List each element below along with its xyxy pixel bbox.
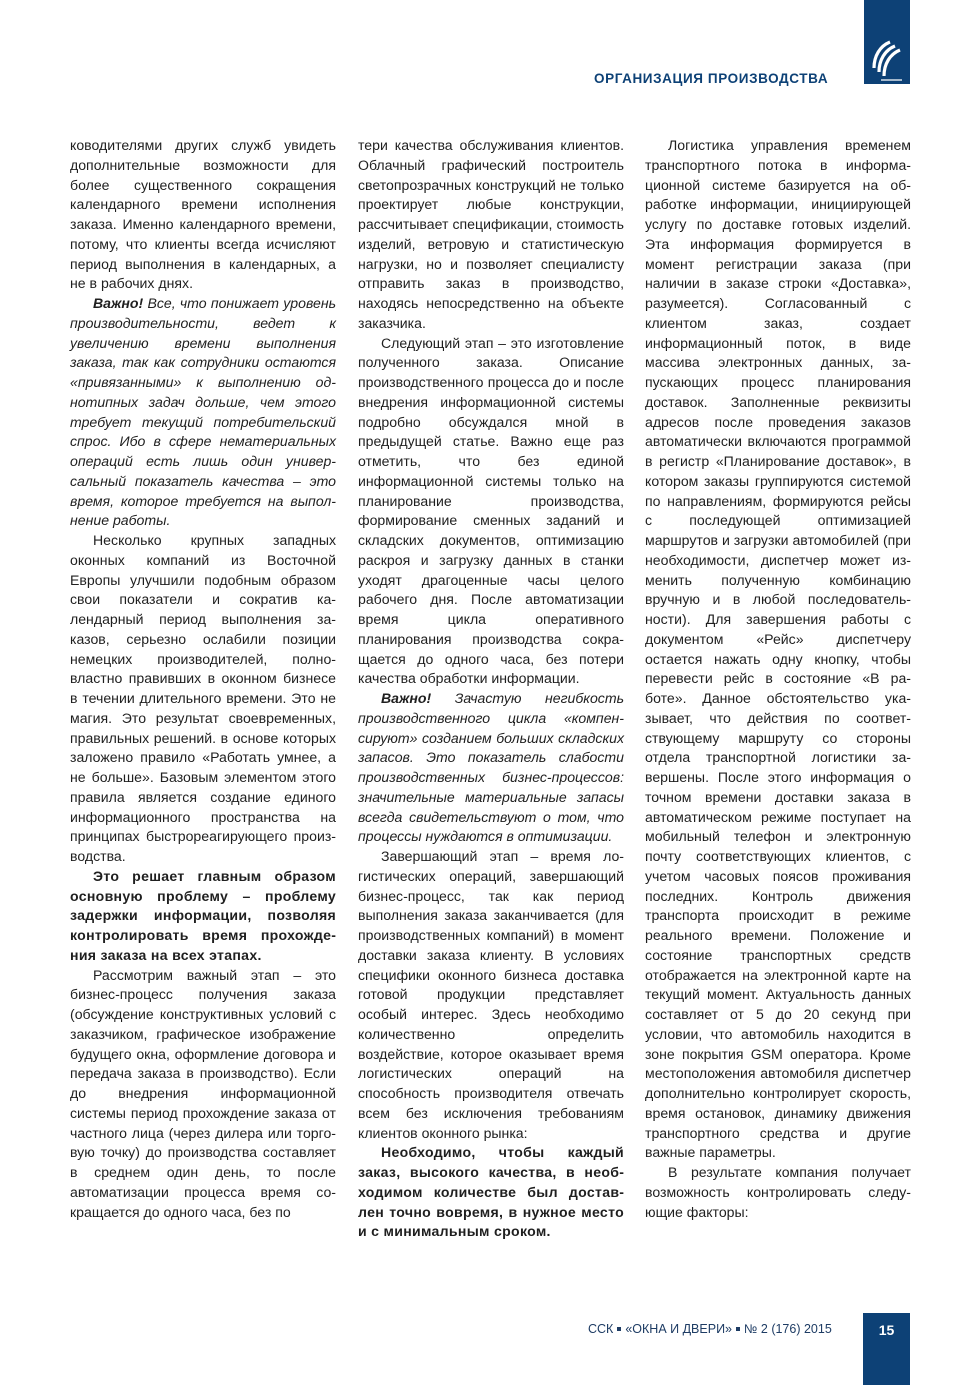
paragraph: Рассмотрим важный этап – это бизнес-проц… [70, 966, 336, 1223]
text-column-3: Логистика управления временем транспортн… [645, 136, 911, 1222]
note-text: Зачастую негибкость производственного ци… [358, 690, 624, 844]
paragraph: В результате компания получает возможнос… [645, 1163, 911, 1222]
page-number-box: 15 [863, 1313, 910, 1385]
text-column-1: ководителями других служб уви­деть допол… [70, 136, 336, 1222]
section-title: ОРГАНИЗАЦИЯ ПРОИЗВОДСТВА [594, 71, 846, 86]
note-paragraph: Важно! Зачастую негибкость производствен… [358, 689, 624, 847]
square-bullet-icon [736, 1327, 740, 1331]
note-lead: Важно! [381, 690, 431, 706]
footer-issue: № 2 (176) 2015 [744, 1322, 832, 1336]
paragraph: Завершающий этап – время ло­гистических … [358, 847, 624, 1143]
emphasis-paragraph: Это решает главным образом основную проб… [70, 867, 336, 966]
emphasis-paragraph: Необходимо, чтобы каждый заказ, высокого… [358, 1143, 624, 1242]
note-text: Все, что понижает уро­вень производитель… [70, 295, 336, 528]
paragraph: Логистика управления временем транспортн… [645, 136, 911, 1163]
page-number: 15 [863, 1322, 910, 1338]
text-column-2: тери качества обслуживания клиен­тов. Об… [358, 136, 624, 1242]
square-bullet-icon [617, 1327, 621, 1331]
paragraph: ководителями других служб уви­деть допол… [70, 136, 336, 294]
footer-publisher: ССК [588, 1322, 613, 1336]
note-lead: Важно! [93, 295, 143, 311]
paragraph: Несколько крупных западных оконных компа… [70, 531, 336, 867]
paragraph: тери качества обслуживания клиен­тов. Об… [358, 136, 624, 334]
window-arcs-logo-icon [868, 38, 906, 82]
note-paragraph: Важно! Все, что понижает уро­вень произв… [70, 294, 336, 531]
footer-credit: ССК«ОКНА И ДВЕРИ»№ 2 (176) 2015 [588, 1322, 832, 1336]
magazine-logo [864, 0, 910, 84]
paragraph: Следующий этап – это изготов­ление получ… [358, 334, 624, 690]
footer-magazine: «ОКНА И ДВЕРИ» [625, 1322, 732, 1336]
